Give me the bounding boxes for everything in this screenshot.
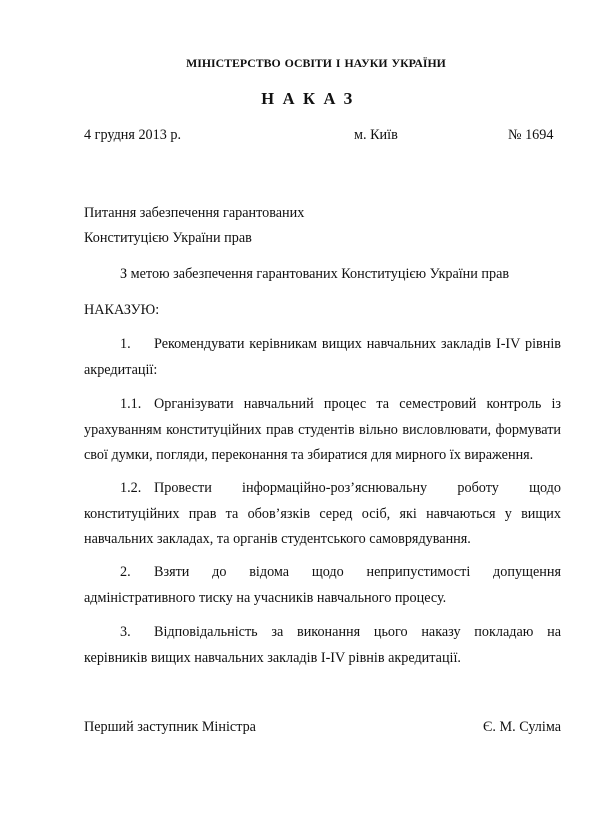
item-text: Відповідальність за виконання цього нака… xyxy=(84,624,561,666)
order-city: м. Київ xyxy=(354,127,398,144)
preamble: З метою забезпечення гарантованих Консти… xyxy=(120,266,509,283)
item-number: 1. xyxy=(120,332,154,358)
item-text: Провести інформаційно-роз’яснювальну роб… xyxy=(84,480,561,547)
item-number: 1.2. xyxy=(120,476,154,502)
subject-line-2: Конституцією України прав xyxy=(84,230,252,247)
item-text: Організувати навчальний процес та семест… xyxy=(84,396,561,463)
item-text: Взяти до відома щодо неприпустимості доп… xyxy=(84,564,561,606)
ministry-heading: МІНІСТЕРСТВО ОСВІТИ І НАУКИ УКРАЇНИ xyxy=(0,56,590,71)
order-number: № 1694 xyxy=(508,127,553,144)
item-number: 2. xyxy=(120,560,154,586)
order-item: 1.1.Організувати навчальний процес та се… xyxy=(84,392,561,469)
item-text: Рекомендувати керівникам вищих навчальни… xyxy=(84,336,561,378)
order-item: 1.Рекомендувати керівникам вищих навчаль… xyxy=(84,332,561,383)
order-date: 4 грудня 2013 р. xyxy=(84,127,181,144)
order-item: 2.Взяти до відома щодо неприпустимості д… xyxy=(84,560,561,611)
subject-line-1: Питання забезпечення гарантованих xyxy=(84,205,304,222)
order-item: 1.2.Провести інформаційно-роз’яснювальну… xyxy=(84,476,561,553)
signatory-name: Є. М. Суліма xyxy=(483,719,561,736)
order-item: 3.Відповідальність за виконання цього на… xyxy=(84,620,561,671)
order-word: НАКАЗУЮ: xyxy=(84,302,159,319)
item-number: 1.1. xyxy=(120,392,154,418)
document-title: НАКАЗ xyxy=(0,89,590,109)
signatory-position: Перший заступник Міністра xyxy=(84,719,256,736)
item-number: 3. xyxy=(120,620,154,646)
